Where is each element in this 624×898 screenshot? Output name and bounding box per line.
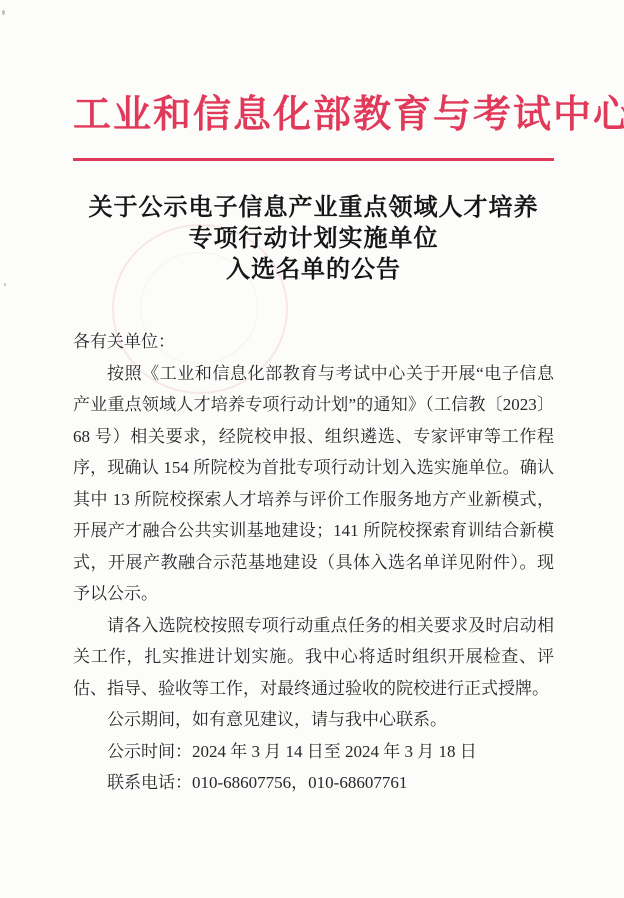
scan-speck [4, 283, 6, 286]
contact-phone-line: 联系电话：010-68607756，010-68607761 [73, 767, 554, 799]
body-paragraph-requirements: 请各入选院校按照专项行动重点任务的相关要求及时启动相关工作，扎实推进计划实施。我… [73, 610, 554, 705]
letterhead-divider-rule [73, 158, 554, 161]
document-title-line-2: 专项行动计划实施单位 [73, 224, 554, 255]
document-page: 工业和信息化部教育与考试中心 关于公示电子信息产业重点领域人才培养 专项行动计划… [0, 0, 624, 898]
document-body: 各有关单位： 按照《工业和信息化部教育与考试中心关于开展“电子信息产业重点领域人… [73, 326, 554, 799]
document-title-line-1: 关于公示电子信息产业重点领域人才培养 [73, 193, 554, 224]
salutation-line: 各有关单位： [73, 326, 554, 358]
document-content: 工业和信息化部教育与考试中心 关于公示电子信息产业重点领域人才培养 专项行动计划… [73, 0, 554, 799]
document-title: 关于公示电子信息产业重点领域人才培养 专项行动计划实施单位 入选名单的公告 [73, 193, 554, 286]
scan-speck [2, 10, 5, 15]
document-title-line-3: 入选名单的公告 [73, 255, 554, 286]
body-paragraph-announcement: 按照《工业和信息化部教育与考试中心关于开展“电子信息产业重点领域人才培养专项行动… [73, 358, 554, 610]
letterhead-org-name: 工业和信息化部教育与考试中心 [73, 94, 554, 136]
body-paragraph-feedback: 公示期间，如有意见建议，请与我中心联系。 [73, 704, 554, 736]
notice-period-line: 公示时间：2024 年 3 月 14 日至 2024 年 3 月 18 日 [73, 736, 554, 768]
